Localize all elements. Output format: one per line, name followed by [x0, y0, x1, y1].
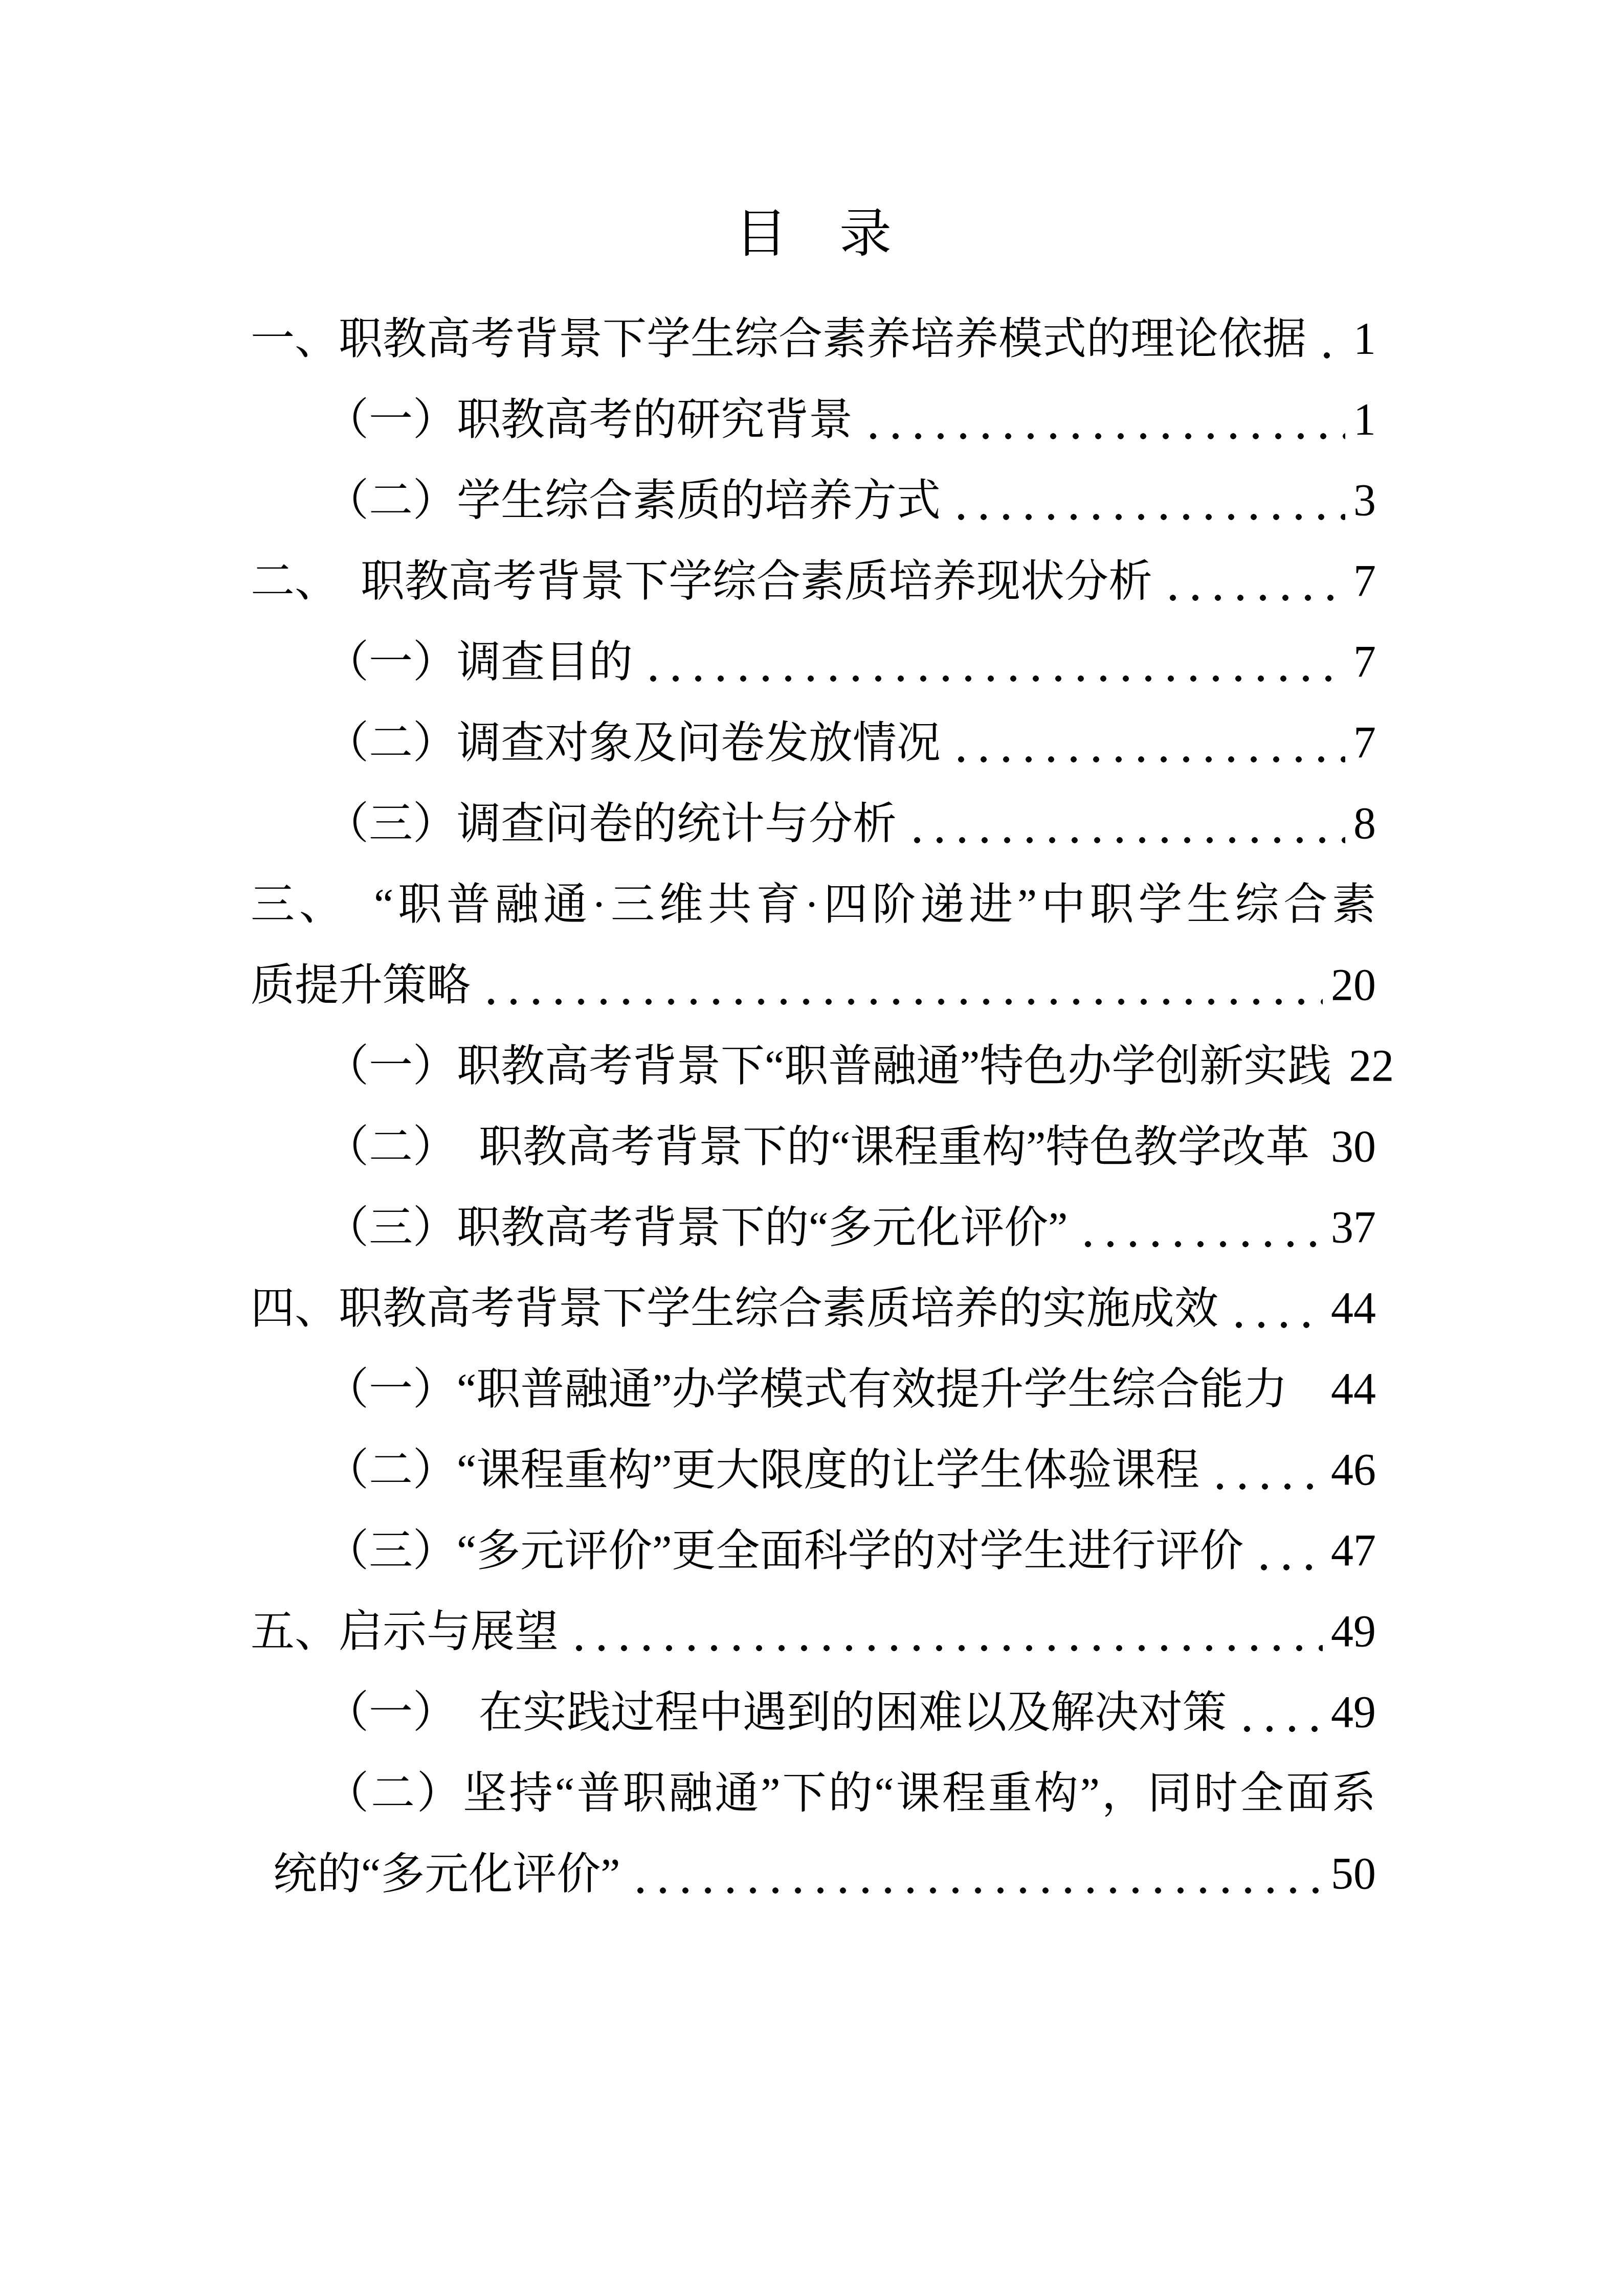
toc-entry: 统的“多元化评价” 50 — [251, 1834, 1376, 1915]
toc-entry-text: （三）职教高考背景下的“多元化评价” — [325, 1187, 1067, 1268]
toc-entry-text: （二） 职教高考背景下的“课程重构”特色教学改革 — [325, 1107, 1309, 1187]
toc-entry: （二）调查对象及问卷发放情况 7 — [251, 703, 1376, 783]
toc-entry: （三）职教高考背景下的“多元化评价” 37 — [251, 1187, 1376, 1268]
dot-leader — [1077, 1187, 1323, 1268]
toc-entry-text: （二）坚持“普职融通”下的“课程重构”，同时全面系 — [325, 1753, 1376, 1834]
page-number: 20 — [1331, 945, 1376, 1026]
dot-leader — [1319, 1107, 1323, 1187]
toc-entry-text: （一）职教高考背景下“职普融通”特色办学创新实践 — [325, 1026, 1331, 1107]
toc-content: 目 录 一、职教高考背景下学生综合素养培养模式的理论依据 1 （一）职教高考的研… — [251, 0, 1376, 1915]
toc-entry: （二） 职教高考背景下的“课程重构”特色教学改革 30 — [251, 1107, 1376, 1187]
page-number: 7 — [1353, 541, 1376, 622]
toc-entry: （二）学生综合素质的培养方式 3 — [251, 460, 1376, 541]
toc-entry: （一）职教高考背景下“职普融通”特色办学创新实践 22 — [251, 1026, 1376, 1107]
page-number: 44 — [1331, 1349, 1376, 1430]
page-number: 37 — [1331, 1187, 1376, 1268]
page-number: 44 — [1331, 1268, 1376, 1349]
toc-entry: （三）“多元评价”更全面科学的对学生进行评价 47 — [251, 1511, 1376, 1591]
toc-entry-text: （一）“职普融通”办学模式有效提升学生综合能力 — [325, 1349, 1287, 1430]
toc-entry-text: （一）职教高考的研究背景 — [325, 379, 853, 460]
dot-leader — [862, 379, 1345, 460]
dot-leader — [1209, 1430, 1323, 1511]
toc-entry: 二、 职教高考背景下学综合素质培养现状分析 7 — [251, 541, 1376, 622]
toc-entry-text: 五、启示与展望 — [251, 1591, 559, 1672]
dot-leader — [568, 1591, 1323, 1672]
toc-entry: （一）职教高考的研究背景 1 — [251, 379, 1376, 460]
dot-leader — [629, 1834, 1323, 1915]
toc-entry-text: （二）“课程重构”更大限度的让学生体验课程 — [325, 1430, 1199, 1511]
page-number: 50 — [1331, 1834, 1376, 1915]
toc-title: 目 录 — [251, 193, 1376, 276]
toc-entry: （一） 在实践过程中遇到的困难以及解决对策 49 — [251, 1672, 1376, 1753]
page-number: 7 — [1353, 703, 1376, 783]
toc-entry-text: 一、职教高考背景下学生综合素养培养模式的理论依据 — [251, 299, 1306, 379]
dot-leader — [950, 460, 1345, 541]
dot-leader — [480, 945, 1323, 1026]
toc-entry-text: （二）调查对象及问卷发放情况 — [325, 703, 941, 783]
dot-leader — [1236, 1672, 1323, 1753]
toc-entry: 四、职教高考背景下学生综合素质培养的实施成效 44 — [251, 1268, 1376, 1349]
dot-leader — [906, 783, 1345, 864]
page-number: 1 — [1353, 299, 1376, 379]
toc-entry: 五、启示与展望 49 — [251, 1591, 1376, 1672]
toc-entry: （一）“职普融通”办学模式有效提升学生综合能力 44 — [251, 1349, 1376, 1430]
toc-entry-text: （二）学生综合素质的培养方式 — [325, 460, 941, 541]
page-number: 49 — [1331, 1672, 1376, 1753]
toc-entry: （二）坚持“普职融通”下的“课程重构”，同时全面系 — [251, 1753, 1376, 1834]
toc-entry-text: 统的“多元化评价” — [273, 1834, 620, 1915]
toc-entry: 一、职教高考背景下学生综合素养培养模式的理论依据 1 — [251, 299, 1376, 379]
dot-leader — [642, 622, 1345, 703]
page-number: 22 — [1349, 1026, 1394, 1107]
toc-entry-text: （三）“多元评价”更全面科学的对学生进行评价 — [325, 1511, 1243, 1591]
page-number: 47 — [1331, 1511, 1376, 1591]
toc-entry-text: （一） 在实践过程中遇到的困难以及解决对策 — [325, 1672, 1227, 1753]
toc-entry: （二）“课程重构”更大限度的让学生体验课程 46 — [251, 1430, 1376, 1511]
toc-entry-text: 四、职教高考背景下学生综合素质培养的实施成效 — [251, 1268, 1218, 1349]
dot-leader — [1253, 1511, 1323, 1591]
document-page: 目 录 一、职教高考背景下学生综合素养培养模式的理论依据 1 （一）职教高考的研… — [0, 0, 1624, 2296]
dot-leader — [1228, 1268, 1323, 1349]
toc-entry-text: 三、 “职普融通·三维共育·四阶递进”中职学生综合素 — [251, 864, 1376, 945]
toc-entry-text: 质提升策略 — [251, 945, 471, 1026]
toc-entry: （三）调查问卷的统计与分析 8 — [251, 783, 1376, 864]
page-number: 46 — [1331, 1430, 1376, 1511]
toc-list: 一、职教高考背景下学生综合素养培养模式的理论依据 1 （一）职教高考的研究背景 … — [251, 299, 1376, 1915]
toc-entry-text: 二、 职教高考背景下学综合素质培养现状分析 — [251, 541, 1152, 622]
dot-leader — [1316, 299, 1345, 379]
toc-entry-text: （一）调查目的 — [325, 622, 633, 703]
page-number: 49 — [1331, 1591, 1376, 1672]
page-number: 8 — [1353, 783, 1376, 864]
page-number: 3 — [1353, 460, 1376, 541]
page-number: 1 — [1353, 379, 1376, 460]
page-number: 30 — [1331, 1107, 1376, 1187]
toc-entry: 三、 “职普融通·三维共育·四阶递进”中职学生综合素 — [251, 864, 1376, 945]
dot-leader — [950, 703, 1345, 783]
toc-entry: （一）调查目的 7 — [251, 622, 1376, 703]
dot-leader — [1297, 1349, 1323, 1430]
dot-leader — [1162, 541, 1345, 622]
page-number: 7 — [1353, 622, 1376, 703]
toc-entry: 质提升策略 20 — [251, 945, 1376, 1026]
toc-entry-text: （三）调查问卷的统计与分析 — [325, 783, 897, 864]
